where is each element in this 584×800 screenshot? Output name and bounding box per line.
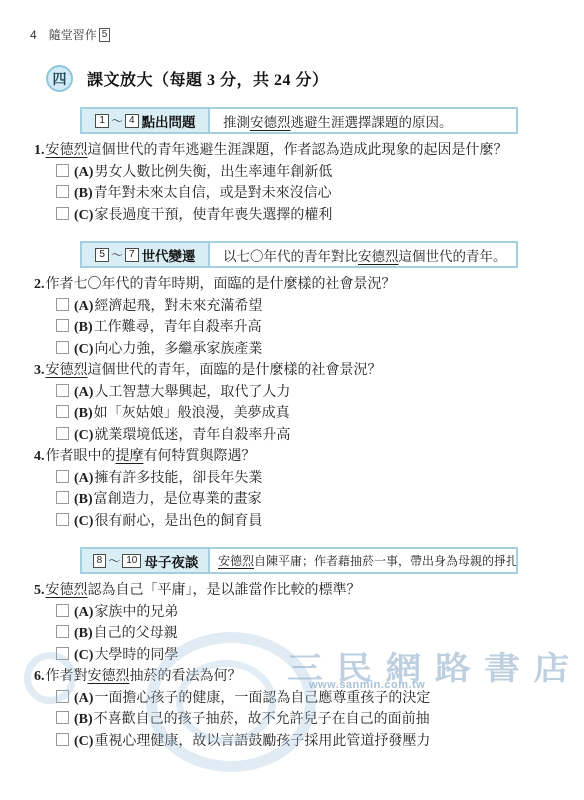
- option-row: (C)家長過度干預，使青年喪失選擇的權利: [56, 205, 584, 227]
- option-row: (C)大學時的同學: [56, 645, 584, 667]
- option-row: (A)一面擔心孩子的健康，一面認為自己應尊重孩子的決定: [56, 688, 584, 710]
- option-text: 不喜歡自己的孩子抽菸，故不允許兒子在自己的面前抽: [94, 712, 430, 727]
- question-number: 1.: [34, 143, 45, 158]
- checkbox[interactable]: [56, 164, 69, 177]
- option-row: (A)經濟起飛，對未來充滿希望: [56, 296, 584, 318]
- question-number: 3.: [34, 363, 45, 378]
- page-number: 4: [30, 28, 37, 42]
- box-2-title: 世代變遷: [142, 245, 196, 265]
- option-letter: (A): [74, 385, 93, 400]
- section-title: 課文放大（每題 3 分，共 24 分）: [87, 67, 329, 90]
- checkbox[interactable]: [56, 384, 69, 397]
- box-3-description: 安德烈自陳平庸；作者藉抽菸一事，帶出身為母親的掙扎。: [210, 549, 516, 572]
- option-letter: (C): [74, 342, 93, 357]
- option-text: 青年對未來太自信，或是對未來沒信心: [94, 186, 332, 201]
- option-row: (B)工作難尋，青年自殺率升高: [56, 317, 584, 339]
- question-text: 安德烈這個世代的青年，面臨的是什麼樣的社會景況？: [46, 363, 382, 378]
- question-1: 1.安德烈這個世代的青年逃避生涯課題，作者認為造成此現象的起因是什麼？: [34, 140, 584, 162]
- section-number-badge: 四: [46, 65, 73, 92]
- box-2-description: 以七〇年代的青年對比安德烈這個世代的青年。: [210, 243, 516, 266]
- option-letter: (A): [74, 605, 93, 620]
- option-letter: (B): [74, 626, 93, 641]
- question-text: 作者對安德烈抽菸的看法為何？: [46, 669, 242, 684]
- option-text: 家族中的兄弟: [94, 605, 178, 620]
- option-letter: (B): [74, 406, 93, 421]
- option-text: 重視心理健康，故以言語鼓勵孩子採用此管道抒發壓力: [94, 734, 430, 749]
- range-start-badge: 8: [93, 554, 107, 568]
- checkbox[interactable]: [56, 625, 69, 638]
- option-letter: (A): [74, 165, 93, 180]
- option-text: 男女人數比例失衡，出生率連年創新低: [94, 165, 332, 180]
- checkbox[interactable]: [56, 733, 69, 746]
- option-text: 自己的父母親: [94, 626, 178, 641]
- option-text: 擁有許多技能，卻長年失業: [94, 471, 262, 486]
- range-start-badge: 5: [95, 248, 109, 262]
- section-heading: 四 課文放大（每題 3 分，共 24 分）: [46, 65, 584, 92]
- option-text: 如「灰姑娘」般浪漫，美夢成真: [94, 406, 290, 421]
- question-number: 2.: [34, 277, 45, 292]
- option-letter: (C): [74, 648, 93, 663]
- option-letter: (C): [74, 428, 93, 443]
- checkbox[interactable]: [56, 491, 69, 504]
- option-text: 一面擔心孩子的健康，一面認為自己應尊重孩子的決定: [94, 691, 430, 706]
- checkbox[interactable]: [56, 341, 69, 354]
- range-end-badge: 10: [122, 554, 141, 568]
- option-text: 向心力強，多繼承家族產業: [94, 342, 262, 357]
- option-letter: (A): [74, 299, 93, 314]
- question-box-2: 5 ～ 7 世代變遷 以七〇年代的青年對比安德烈這個世代的青年。: [80, 241, 518, 268]
- option-text: 工作難尋，青年自殺率升高: [94, 320, 262, 335]
- option-text: 很有耐心，是出色的飼育員: [94, 514, 262, 529]
- checkbox[interactable]: [56, 405, 69, 418]
- question-number: 4.: [34, 449, 45, 464]
- question-3: 3.安德烈這個世代的青年，面臨的是什麼樣的社會景況？: [34, 360, 584, 382]
- option-letter: (A): [74, 691, 93, 706]
- checkbox[interactable]: [56, 711, 69, 724]
- option-row: (B)自己的父母親: [56, 623, 584, 645]
- option-row: (A)家族中的兄弟: [56, 602, 584, 624]
- question-5: 5.安德烈認為自己「平庸」，是以誰當作比較的標準？: [34, 580, 584, 602]
- tilde: ～: [108, 552, 120, 569]
- question-text: 作者眼中的提摩有何特質與際遇？: [46, 449, 256, 464]
- option-letter: (C): [74, 208, 93, 223]
- tilde: ～: [111, 246, 123, 263]
- option-text: 人工智慧大舉興起，取代了人力: [94, 385, 290, 400]
- option-row: (C)重視心理健康，故以言語鼓勵孩子採用此管道抒發壓力: [56, 731, 584, 753]
- option-row: (C)就業環境低迷，青年自殺率升高: [56, 425, 584, 447]
- option-row: (B)不喜歡自己的孩子抽菸，故不允許兒子在自己的面前抽: [56, 709, 584, 731]
- checkbox[interactable]: [56, 604, 69, 617]
- checkbox[interactable]: [56, 647, 69, 660]
- booklet-number-badge: 5: [99, 28, 111, 42]
- option-row: (B)如「灰姑娘」般浪漫，美夢成真: [56, 403, 584, 425]
- question-4: 4.作者眼中的提摩有何特質與際遇？: [34, 446, 584, 468]
- box-2-label-cell: 5 ～ 7 世代變遷: [82, 243, 210, 266]
- box-1-label-cell: 1 ～ 4 點出問題: [82, 109, 210, 132]
- question-text: 安德烈認為自己「平庸」，是以誰當作比較的標準？: [46, 583, 361, 598]
- checkbox[interactable]: [56, 298, 69, 311]
- worksheet-page: 4 隨堂習作 5 四 課文放大（每題 3 分，共 24 分） 1 ～ 4 點出問…: [0, 0, 584, 800]
- checkbox[interactable]: [56, 690, 69, 703]
- option-letter: (C): [74, 514, 93, 529]
- checkbox[interactable]: [56, 513, 69, 526]
- running-header: 4 隨堂習作 5: [30, 26, 584, 43]
- question-text: 作者七〇年代的青年時期，面臨的是什麼樣的社會景況？: [46, 277, 396, 292]
- option-text: 經濟起飛，對未來充滿希望: [94, 299, 262, 314]
- question-6: 6.作者對安德烈抽菸的看法為何？: [34, 666, 584, 688]
- option-letter: (B): [74, 712, 93, 727]
- option-letter: (B): [74, 320, 93, 335]
- box-1-title: 點出問題: [142, 111, 196, 131]
- range-end-badge: 4: [125, 114, 139, 128]
- option-row: (A)擁有許多技能，卻長年失業: [56, 468, 584, 490]
- question-number: 5.: [34, 583, 45, 598]
- checkbox[interactable]: [56, 207, 69, 220]
- option-row: (C)很有耐心，是出色的飼育員: [56, 511, 584, 533]
- question-box-1: 1 ～ 4 點出問題 推測安德烈逃避生涯選擇課題的原因。: [80, 107, 518, 134]
- option-row: (A)人工智慧大舉興起，取代了人力: [56, 382, 584, 404]
- option-text: 家長過度干預，使青年喪失選擇的權利: [94, 208, 332, 223]
- option-letter: (C): [74, 734, 93, 749]
- question-box-3: 8 ～ 10 母子夜談 安德烈自陳平庸；作者藉抽菸一事，帶出身為母親的掙扎。: [80, 547, 518, 574]
- question-2: 2.作者七〇年代的青年時期，面臨的是什麼樣的社會景況？: [34, 274, 584, 296]
- option-letter: (A): [74, 471, 93, 486]
- checkbox[interactable]: [56, 185, 69, 198]
- option-text: 就業環境低迷，青年自殺率升高: [94, 428, 290, 443]
- box-3-title: 母子夜談: [144, 551, 198, 571]
- tilde: ～: [111, 112, 123, 129]
- range-start-badge: 1: [95, 114, 109, 128]
- option-row: (B)青年對未來太自信，或是對未來沒信心: [56, 183, 584, 205]
- option-letter: (B): [74, 492, 93, 507]
- question-text: 安德烈這個世代的青年逃避生涯課題，作者認為造成此現象的起因是什麼？: [46, 143, 508, 158]
- box-3-label-cell: 8 ～ 10 母子夜談: [82, 549, 210, 572]
- option-row: (B)富創造力，是位專業的畫家: [56, 489, 584, 511]
- option-text: 大學時的同學: [94, 648, 178, 663]
- option-row: (A)男女人數比例失衡，出生率連年創新低: [56, 162, 584, 184]
- range-end-badge: 7: [125, 248, 139, 262]
- checkbox[interactable]: [56, 427, 69, 440]
- question-number: 6.: [34, 669, 45, 684]
- option-text: 富創造力，是位專業的畫家: [94, 492, 262, 507]
- checkbox[interactable]: [56, 319, 69, 332]
- box-1-description: 推測安德烈逃避生涯選擇課題的原因。: [210, 109, 516, 132]
- booklet-title: 隨堂習作: [49, 26, 97, 43]
- option-row: (C)向心力強，多繼承家族產業: [56, 339, 584, 361]
- checkbox[interactable]: [56, 470, 69, 483]
- option-letter: (B): [74, 186, 93, 201]
